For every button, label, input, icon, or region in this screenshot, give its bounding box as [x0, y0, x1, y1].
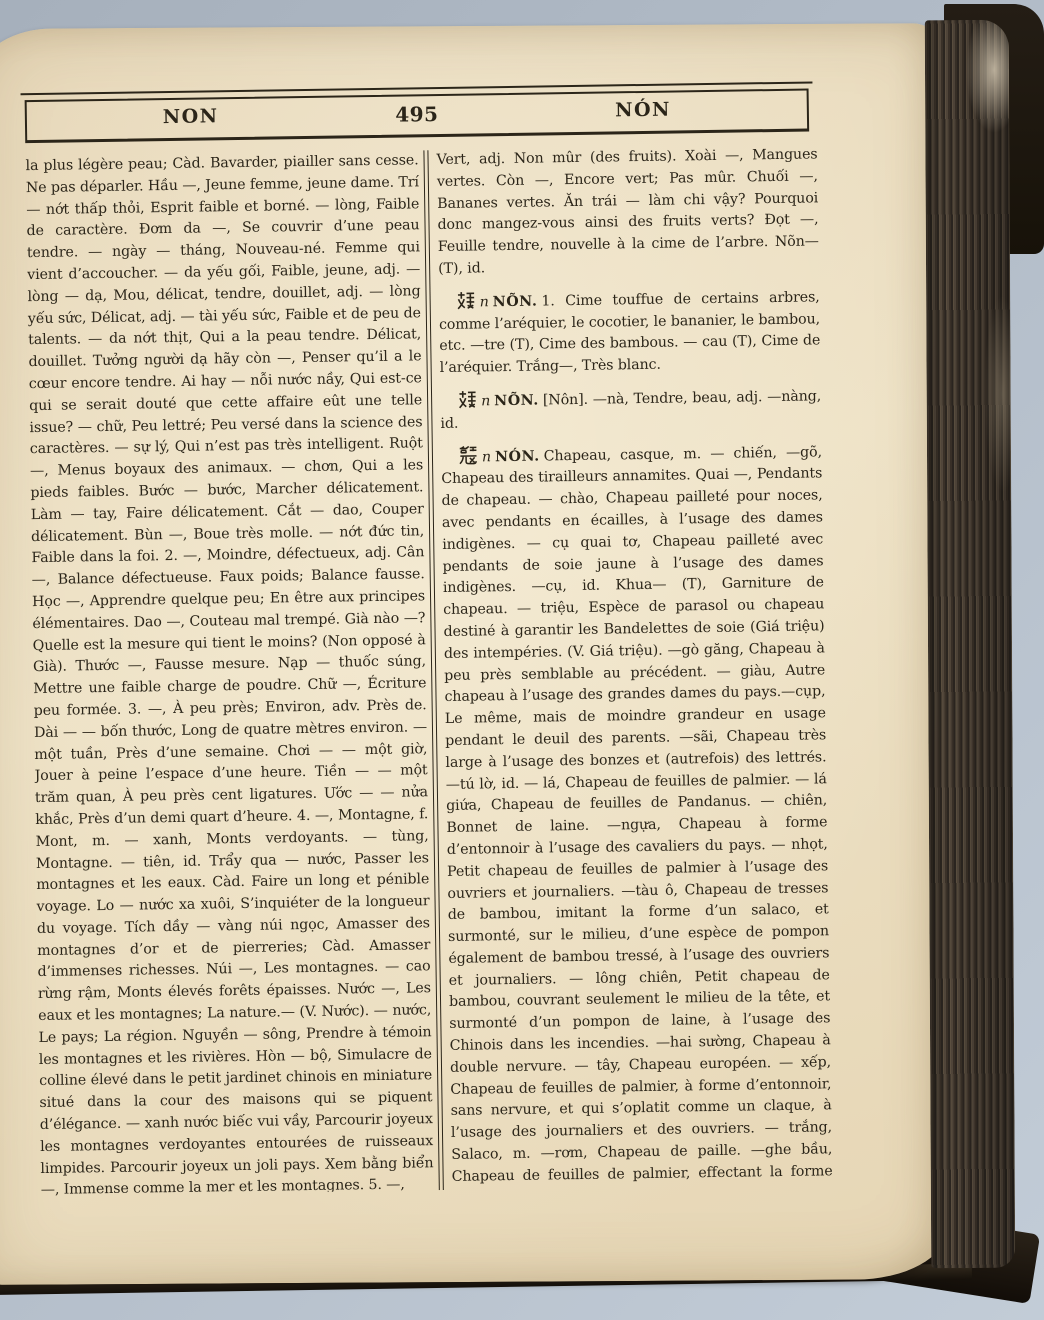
dictionary-entry-non-3: nNÓN.Chapeau, casque, m. — chiến, —gõ, C…: [441, 440, 833, 1196]
entry-pos: n: [481, 393, 490, 409]
han-nom-character-icon: [455, 290, 475, 309]
header-guide-word-left: NON: [163, 105, 219, 128]
entry-body: Chapeau, casque, m. — chiến, —gõ, Chapea…: [441, 444, 833, 1196]
han-nom-character-icon: [457, 389, 477, 408]
page-content: NON 495 NÓN la plus légère peau; Càd. Ba…: [25, 88, 833, 1196]
han-nom-character-icon: [458, 445, 478, 464]
two-column-text: la plus légère peau; Càd. Bavarder, piai…: [25, 144, 832, 1196]
entry-pos: n: [482, 449, 491, 465]
right-column-continuation-text: Vert, adj. Non mûr (des fruits). Xoài —,…: [436, 144, 819, 280]
page-number: 495: [395, 102, 439, 127]
entry-headword: NÕN.: [494, 393, 539, 410]
left-column-continuation-text: la plus légère peau; Càd. Bavarder, piai…: [25, 150, 433, 1196]
header-guide-word-right: NÓN: [615, 99, 671, 122]
dictionary-entry-non-2: nNÕN.[Nôn]. —nà, Tendre, beau, adj. —nàn…: [440, 384, 822, 435]
running-header: NON 495 NÓN: [25, 88, 810, 143]
dictionary-entry-non-1: nNÕN.1. Cime touffue de certains arbres,…: [438, 285, 820, 380]
book-photo: NON 495 NÓN la plus légère peau; Càd. Ba…: [0, 0, 1044, 1320]
entry-headword: NÕN.: [493, 293, 538, 310]
entry-headword: NÓN.: [495, 448, 540, 465]
entry-pos: n: [480, 294, 489, 310]
book-page: NON 495 NÓN la plus légère peau; Càd. Ba…: [0, 23, 946, 1285]
left-column: la plus légère peau; Càd. Bavarder, piai…: [25, 150, 433, 1196]
right-column: Vert, adj. Non mûr (des fruits). Xoài —,…: [430, 144, 832, 1190]
book-fore-edge: [925, 20, 1016, 1268]
